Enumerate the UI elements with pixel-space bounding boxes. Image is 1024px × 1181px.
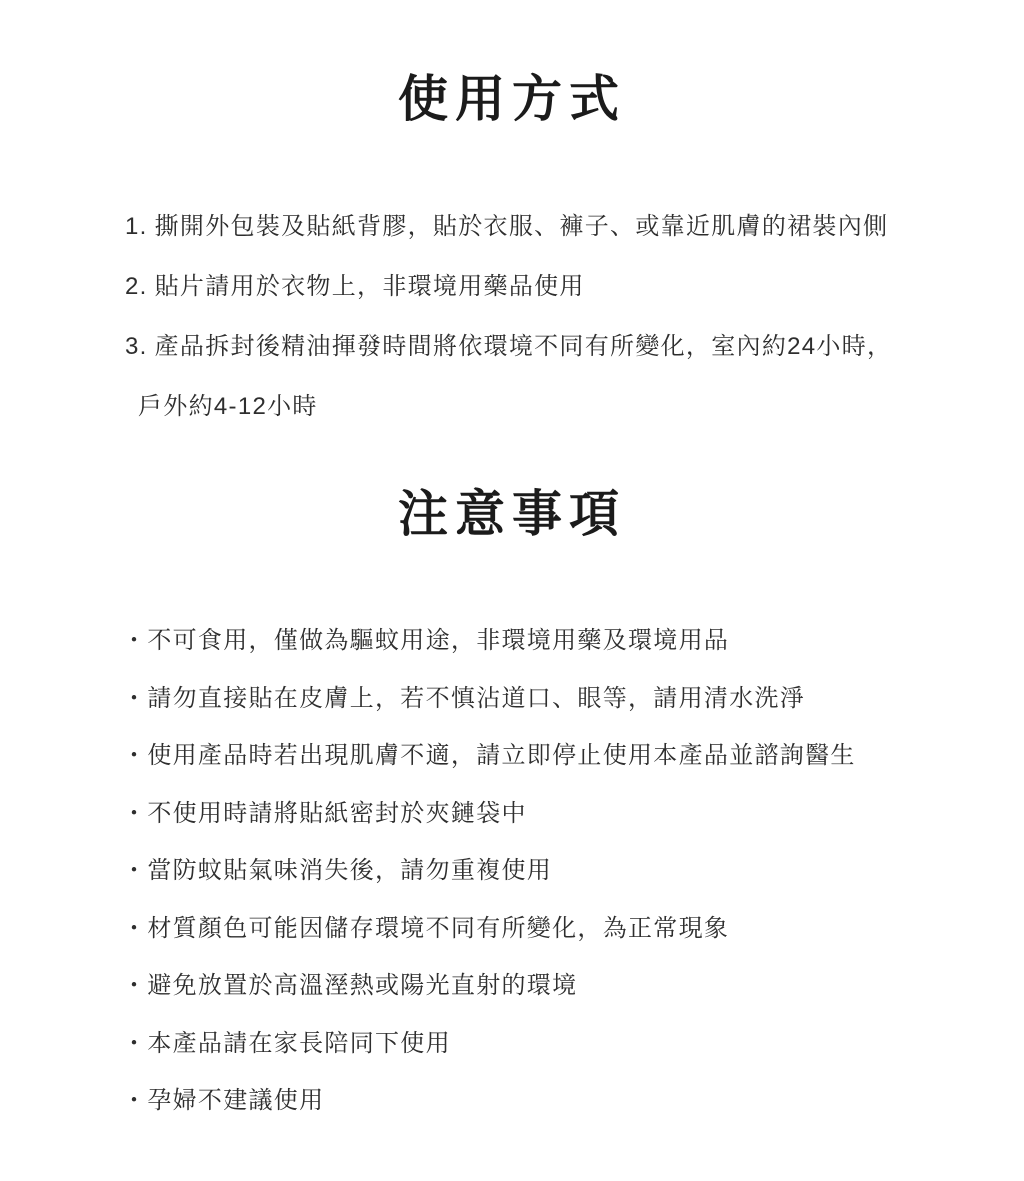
usage-item-2: 2.貼片請用於衣物上，非環境用藥品使用 (125, 257, 954, 317)
bullet-dot: ・ (122, 972, 147, 999)
usage-item-3-number: 3. (125, 333, 148, 360)
precautions-section-title: 注意事項 (0, 487, 1024, 542)
bullet-dot: ・ (122, 685, 147, 712)
precaution-item-2-text: 請勿直接貼在皮膚上，若不慎沾道口、眼等，請用清水洗淨 (147, 685, 805, 712)
precaution-item-3-text: 使用產品時若出現肌膚不適，請立即停止使用本產品並諮詢醫生 (147, 742, 855, 769)
bullet-dot: ・ (122, 1087, 147, 1114)
bullet-dot: ・ (122, 742, 147, 769)
precaution-item-6-text: 材質顏色可能因儲存環境不同有所變化，為正常現象 (147, 915, 729, 942)
bullet-dot: ・ (122, 627, 147, 654)
usage-item-2-number: 2. (125, 273, 148, 300)
product-info-page: 使用方式 1.撕開外包裝及貼紙背膠，貼於衣服、褲子、或靠近肌膚的裙裝內側 2.貼… (0, 0, 1024, 1181)
bullet-dot: ・ (122, 800, 147, 827)
precaution-item-9-text: 孕婦不建議使用 (147, 1087, 324, 1114)
usage-item-3-text: 產品拆封後精油揮發時間將依環境不同有所變化，室內約24小時， (155, 333, 893, 360)
usage-item-3-text-line2: 戶外約4-12小時 (138, 377, 954, 437)
usage-item-1-number: 1. (125, 213, 148, 240)
usage-section-title: 使用方式 (0, 0, 1024, 127)
precaution-item-8: ・本產品請在家長陪同下使用 (122, 1015, 964, 1073)
precaution-item-4-text: 不使用時請將貼紙密封於夾鏈袋中 (147, 800, 527, 827)
precaution-item-3: ・使用產品時若出現肌膚不適，請立即停止使用本產品並諮詢醫生 (122, 727, 964, 785)
precaution-item-6: ・材質顏色可能因儲存環境不同有所變化，為正常現象 (122, 900, 964, 958)
usage-item-2-text: 貼片請用於衣物上，非環境用藥品使用 (155, 273, 585, 300)
precaution-item-9: ・孕婦不建議使用 (122, 1072, 964, 1130)
precaution-item-2: ・請勿直接貼在皮膚上，若不慎沾道口、眼等，請用清水洗淨 (122, 670, 964, 728)
bullet-dot: ・ (122, 915, 147, 942)
precaution-item-1: ・不可食用，僅做為驅蚊用途，非環境用藥及環境用品 (122, 612, 964, 670)
usage-item-3: 3.產品拆封後精油揮發時間將依環境不同有所變化，室內約24小時，戶外約4-12小… (125, 317, 954, 437)
usage-instructions-list: 1.撕開外包裝及貼紙背膠，貼於衣服、褲子、或靠近肌膚的裙裝內側 2.貼片請用於衣… (0, 197, 1024, 437)
precaution-item-1-text: 不可食用，僅做為驅蚊用途，非環境用藥及環境用品 (147, 627, 729, 654)
precautions-list: ・不可食用，僅做為驅蚊用途，非環境用藥及環境用品 ・請勿直接貼在皮膚上，若不慎沾… (0, 612, 1024, 1130)
precaution-item-4: ・不使用時請將貼紙密封於夾鏈袋中 (122, 785, 964, 843)
precaution-item-5-text: 當防蚊貼氣味消失後，請勿重複使用 (147, 857, 552, 884)
precaution-item-5: ・當防蚊貼氣味消失後，請勿重複使用 (122, 842, 964, 900)
precaution-item-8-text: 本產品請在家長陪同下使用 (147, 1030, 451, 1057)
usage-item-1: 1.撕開外包裝及貼紙背膠，貼於衣服、褲子、或靠近肌膚的裙裝內側 (125, 197, 954, 257)
precaution-item-7: ・避免放置於高溫溼熱或陽光直射的環境 (122, 957, 964, 1015)
precaution-item-7-text: 避免放置於高溫溼熱或陽光直射的環境 (147, 972, 577, 999)
bullet-dot: ・ (122, 1030, 147, 1057)
usage-item-1-text: 撕開外包裝及貼紙背膠，貼於衣服、褲子、或靠近肌膚的裙裝內側 (155, 213, 889, 240)
bullet-dot: ・ (122, 857, 147, 884)
